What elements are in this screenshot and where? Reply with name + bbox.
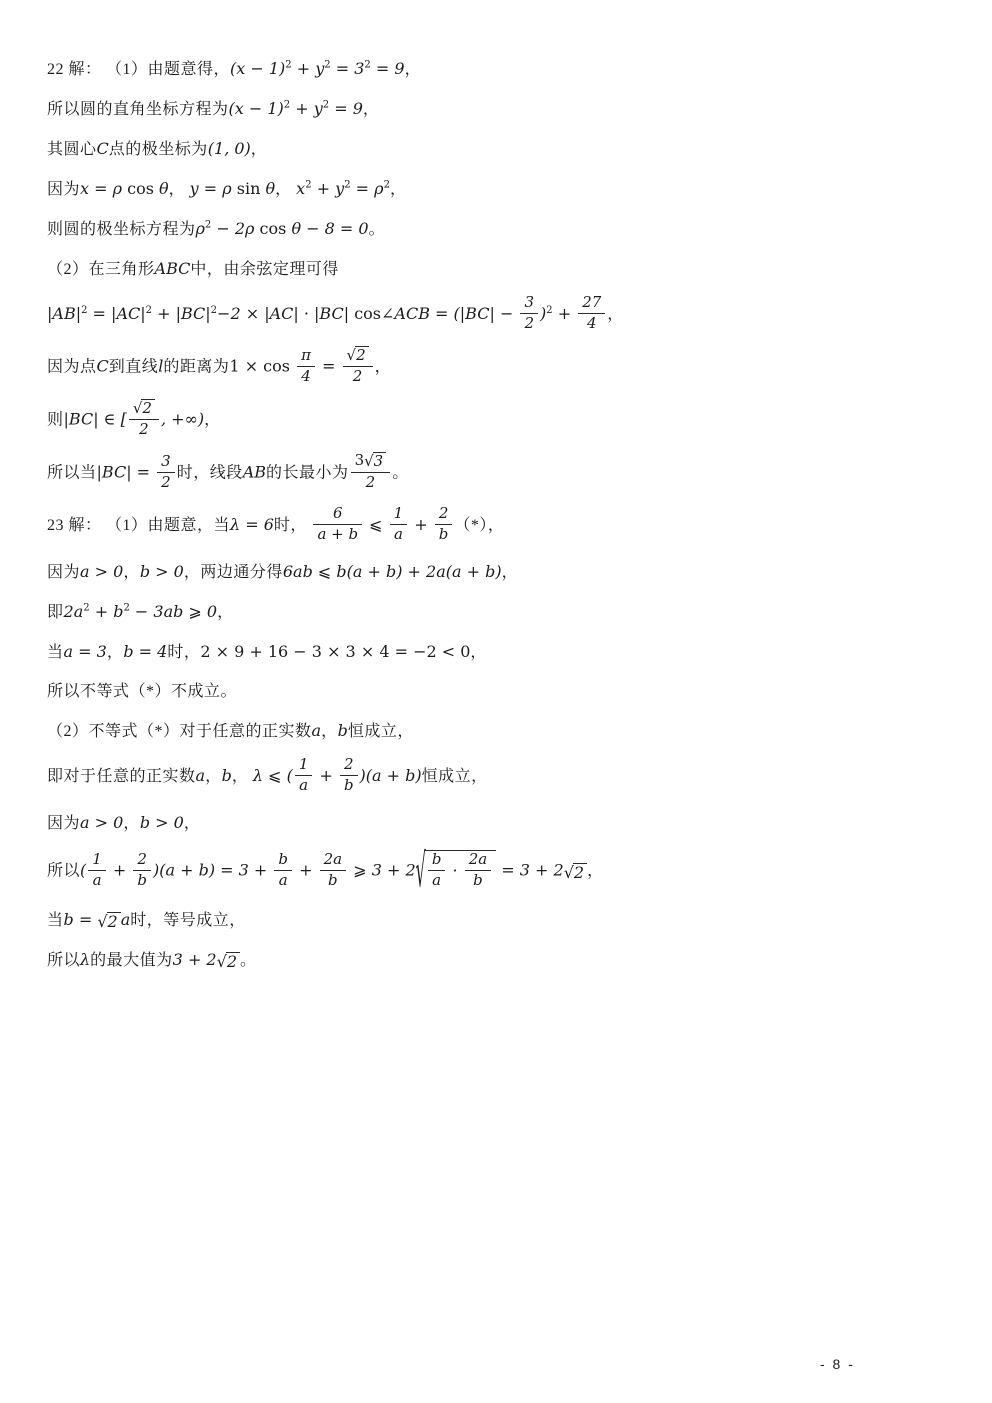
text-run: 恒成立， — [422, 768, 488, 785]
math-run: a > 0 — [80, 813, 123, 832]
fraction: √22 — [129, 399, 159, 439]
square-root: √2 — [217, 952, 240, 971]
math-run: 4 — [587, 314, 597, 332]
math-run: 2 — [137, 850, 147, 868]
fraction-denominator: 4 — [297, 367, 315, 386]
fraction-numerator: 1 — [390, 505, 408, 525]
math-run: b — [344, 776, 354, 794]
text-run: 22 解： （1）由题意得， — [47, 61, 230, 78]
math-run: 2 — [524, 314, 534, 332]
math-run: )(a + b) = 3 + — [153, 861, 272, 880]
math-run: b > 0 — [140, 562, 184, 581]
fraction-numerator: 27 — [578, 294, 605, 314]
math-run: C — [97, 139, 109, 158]
document-line-line-22-bc-range: 则|BC| ∈ [√22, +∞)， — [47, 401, 940, 441]
radicand: ba · 2ab — [425, 850, 496, 894]
math-run: + y — [290, 99, 323, 118]
document-body: 22 解： （1）由题意得，(x − 1)2 + y2 = 32 = 9，所以圆… — [47, 56, 940, 987]
text-run: ， — [405, 61, 422, 78]
math-run: 3 — [524, 293, 534, 311]
fraction-numerator: π — [297, 347, 315, 367]
math-roman-run: 2 × 9 + 16 − 3 × 3 × 4 = −2 < 0 — [200, 642, 470, 661]
math-run: = 9 — [371, 59, 405, 78]
document-line-line-23-simplified: 即2a2 + b2 − 3ab ⩾ 0， — [47, 599, 940, 626]
fraction: 2ab — [320, 851, 347, 890]
math-run: + — [314, 766, 338, 785]
document-line-line-22-substitutions: 因为x = ρ cos θ， y = ρ sin θ， x2 + y2 = ρ2… — [47, 176, 940, 203]
fraction-numerator: 2 — [340, 756, 358, 776]
fraction-denominator: 2 — [351, 473, 391, 492]
math-run: − 3ab ⩾ 0 — [130, 602, 217, 621]
text-run: ， — [169, 181, 190, 198]
document-line-line-23-final: 所以λ的最大值为3 + 2√2。 — [47, 947, 940, 974]
math-run: b — [137, 871, 147, 889]
document-line-line-22-sol-1: 22 解： （1）由题意得，(x − 1)2 + y2 = 32 = 9， — [47, 56, 940, 83]
text-run: 时， — [167, 644, 200, 661]
math-run: a — [299, 776, 308, 794]
document-line-line-23-positivity: 因为a > 0，b > 0， — [47, 810, 940, 837]
math-run: b — [278, 850, 288, 868]
fraction-denominator: a — [88, 871, 106, 890]
math-run: 2 — [227, 952, 237, 971]
math-run: 2a — [469, 850, 488, 868]
fraction: 32 — [520, 294, 538, 333]
fraction: 1a — [295, 756, 313, 795]
text-run: 时，等号成立， — [130, 912, 246, 929]
math-run: a = 3 — [64, 642, 107, 661]
math-roman-run: cos — [254, 219, 291, 238]
math-run: |BC| = — [97, 463, 156, 482]
fraction-denominator: a — [295, 776, 313, 795]
fraction-numerator: 2 — [133, 851, 151, 871]
math-run: ( — [80, 861, 86, 880]
math-run: · — [447, 861, 462, 880]
text-run: 当 — [47, 644, 64, 661]
fraction: 2b — [435, 505, 453, 544]
math-run: |AB| — [47, 304, 81, 323]
text-run: ，两边通分得 — [184, 564, 283, 581]
text-run: ， — [390, 181, 407, 198]
math-run: , +∞) — [161, 410, 204, 429]
fraction-numerator: 3 — [157, 453, 175, 473]
text-run: ， — [204, 412, 221, 429]
math-run: 4 — [301, 367, 311, 385]
document-line-line-23-part2-intro: （2）不等式（*）对于任意的正实数a，b恒成立， — [47, 718, 940, 745]
math-run: 2a — [64, 602, 84, 621]
fraction: 6a + b — [313, 505, 362, 544]
document-line-line-22-distance: 因为点C到直线l的距离为1 × cos π4 = √22， — [47, 348, 940, 388]
text-run: 时， — [274, 517, 312, 534]
math-run: ⩽ — [364, 515, 388, 534]
math-run: 3 — [374, 452, 384, 470]
fraction-numerator: 2 — [435, 505, 453, 525]
fraction: π4 — [297, 347, 315, 386]
document-line-line-23-clear-denominators: 因为a > 0，b > 0，两边通分得6ab ⩽ b(a + b) + 2a(a… — [47, 559, 940, 586]
math-run: π — [301, 346, 311, 364]
math-run: + b — [90, 602, 124, 621]
text-run: 。 — [369, 221, 386, 238]
fraction-numerator: √2 — [343, 346, 373, 367]
math-run: 2 — [142, 399, 152, 417]
math-roman-run: 1 × cos — [229, 357, 295, 376]
text-run: 则 — [47, 412, 64, 429]
radicand: 2 — [355, 346, 369, 365]
document-line-line-22-polar-center: 其圆心C点的极坐标为(1, 0)， — [47, 136, 940, 163]
radical-icon: √ — [416, 843, 426, 898]
math-run: ⩾ 3 + 2 — [348, 861, 416, 880]
document-line-line-23-sol-1: 23 解： （1）由题意，当λ = 6时， 6a + b ⩽ 1a + 2b（*… — [47, 507, 940, 546]
fraction-numerator: 1 — [295, 756, 313, 776]
math-run: 2a — [324, 850, 343, 868]
fraction: 2b — [133, 851, 151, 890]
square-root: √2 — [133, 399, 155, 418]
math-run: 2 — [574, 863, 584, 882]
math-run: ρ — [196, 219, 205, 238]
fraction: 274 — [578, 294, 605, 333]
text-run: 因为 — [47, 815, 80, 832]
square-root: √2 — [347, 346, 369, 365]
fraction-denominator: a — [274, 871, 292, 890]
fraction-denominator: 4 — [578, 314, 605, 333]
math-run: 2 — [108, 912, 118, 931]
square-root: √ba · 2ab — [416, 850, 497, 894]
text-run: 的最大值为 — [90, 952, 173, 969]
text-run: ， — [107, 644, 124, 661]
math-run: a > 0 — [80, 562, 123, 581]
math-run: 1 — [299, 755, 309, 773]
text-run: ， — [607, 306, 624, 323]
math-run: λ ⩽ ( — [253, 766, 293, 785]
math-run: 2 — [139, 420, 149, 438]
math-run: b — [432, 850, 442, 868]
document-line-line-22-polar-eq: 则圆的极坐标方程为ρ2 − 2ρ cos θ − 8 = 0。 — [47, 216, 940, 243]
math-run: b — [328, 871, 338, 889]
text-run: 。 — [392, 465, 409, 482]
math-run: 1 — [394, 504, 404, 522]
math-roman-run: 3 — [355, 451, 365, 469]
fraction-denominator: b — [320, 871, 347, 890]
fraction: ba — [428, 851, 446, 890]
text-run: 即对于任意的正实数 — [47, 768, 196, 785]
math-run: (1, 0) — [208, 139, 251, 158]
document-page: 22 解： （1）由题意得，(x − 1)2 + y2 = 32 = 9，所以圆… — [0, 0, 992, 1403]
math-run: θ − 8 = 0 — [291, 219, 368, 238]
math-run: a + b — [317, 525, 358, 543]
math-run: a — [312, 721, 322, 740]
math-run: 3 + 2 — [173, 950, 217, 969]
text-run: ， — [251, 141, 268, 158]
text-run: 所以圆的直角坐标方程为 — [47, 101, 229, 118]
math-run: 6 — [333, 504, 343, 522]
math-run: = |AC| — [87, 304, 145, 323]
text-run: 所以 — [47, 952, 80, 969]
math-run: (x − 1) — [230, 59, 285, 78]
math-roman-run: sin — [232, 179, 266, 198]
fraction-denominator: 2 — [129, 420, 159, 439]
math-run: + — [409, 515, 433, 534]
fraction-numerator: 2a — [320, 851, 347, 871]
fraction-denominator: a + b — [313, 525, 362, 544]
fraction-denominator: 2 — [343, 367, 373, 386]
text-run: ， — [363, 101, 380, 118]
math-run: 6ab ⩽ b(a + b) + 2a(a + b) — [283, 562, 502, 581]
math-run: y = ρ — [190, 179, 232, 198]
math-run: = 3 — [331, 59, 365, 78]
text-run: 到直线 — [109, 359, 159, 376]
math-run: b > 0 — [140, 813, 184, 832]
fraction-numerator: 2a — [465, 851, 492, 871]
math-run: 2 — [356, 346, 366, 364]
text-run: ， — [205, 768, 222, 785]
square-root: √3 — [364, 452, 386, 471]
math-run: + — [553, 304, 577, 323]
math-run: b — [439, 525, 449, 543]
text-run: ， — [123, 564, 140, 581]
text-run: 时，线段 — [177, 465, 243, 482]
math-run: a — [432, 871, 441, 889]
square-root: √2 — [97, 912, 120, 931]
radicand: 2 — [141, 399, 155, 418]
text-run: ， — [217, 604, 234, 621]
text-run: 所以不等式（*）不成立。 — [47, 683, 237, 700]
fraction-denominator: 2 — [520, 314, 538, 333]
fraction-numerator: b — [428, 851, 446, 871]
text-run: ， — [321, 723, 338, 740]
text-run: ， — [184, 815, 201, 832]
math-run: a — [121, 910, 131, 929]
fraction: 3√32 — [351, 452, 391, 492]
fraction: 1a — [88, 851, 106, 890]
document-line-line-23-amgm: 所以(1a + 2b)(a + b) = 3 + ba + 2ab ⩾ 3 + … — [47, 850, 940, 894]
text-run: 的距离为 — [163, 359, 229, 376]
text-run: 因为 — [47, 181, 80, 198]
document-line-line-22-rect-eq: 所以圆的直角坐标方程为(x − 1)2 + y2 = 9， — [47, 96, 940, 123]
text-run: ， — [275, 181, 296, 198]
text-run: （*）， — [454, 517, 504, 534]
math-run: = ρ — [351, 179, 384, 198]
math-run: a — [196, 766, 206, 785]
text-run: 其圆心 — [47, 141, 97, 158]
math-run: = 9 — [329, 99, 363, 118]
math-run: )(a + b) — [360, 766, 422, 785]
text-run: ， — [470, 644, 487, 661]
fraction-denominator: 2 — [157, 473, 175, 492]
math-run: b — [338, 721, 348, 740]
fraction-denominator: b — [340, 776, 358, 795]
math-run: a — [279, 871, 288, 889]
text-run: 。 — [240, 952, 257, 969]
document-line-line-23-lambda-condition: 即对于任意的正实数a，b， λ ⩽ (1a + 2b)(a + b)恒成立， — [47, 758, 940, 797]
text-run: 23 解： （1）由题意，当 — [47, 517, 230, 534]
fraction: 32 — [157, 453, 175, 492]
page-number: - 8 - — [820, 1356, 855, 1372]
math-run: + — [108, 861, 132, 880]
fraction-denominator: a — [390, 525, 408, 544]
math-run: − 2ρ — [211, 219, 254, 238]
math-run: 27 — [582, 293, 601, 311]
fraction-numerator: 1 — [88, 851, 106, 871]
math-run: −2 × |AC| · |BC| — [217, 304, 349, 323]
fraction-denominator: b — [465, 871, 492, 890]
fraction-numerator: 3 — [520, 294, 538, 314]
text-run: 的长最小为 — [266, 465, 349, 482]
document-line-line-23-counterexample: 当a = 3，b = 4时，2 × 9 + 16 − 3 × 3 × 4 = −… — [47, 639, 940, 666]
math-run: 2 — [366, 473, 376, 491]
fraction-denominator: b — [133, 871, 151, 890]
math-run: b — [473, 871, 483, 889]
square-root: √2 — [564, 863, 587, 882]
math-run: 1 — [92, 850, 102, 868]
text-run: 因为点 — [47, 359, 97, 376]
math-run: 2 — [161, 473, 171, 491]
text-run: （2）在三角形 — [47, 261, 155, 278]
math-roman-run: cos — [349, 304, 381, 323]
math-run: θ — [266, 179, 276, 198]
math-run: a — [93, 871, 102, 889]
math-run: b = 4 — [123, 642, 167, 661]
text-run: 点的极坐标为 — [109, 141, 208, 158]
document-line-line-22-cosine-rule: |AB|2 = |AC|2 + |BC|2−2 × |AC| · |BC| co… — [47, 296, 940, 335]
fraction: 2b — [340, 756, 358, 795]
math-run: + y — [312, 179, 345, 198]
fraction-denominator: b — [435, 525, 453, 544]
text-run: （2）不等式（*）对于任意的正实数 — [47, 723, 312, 740]
text-run: 恒成立， — [348, 723, 414, 740]
radicand: 2 — [107, 912, 121, 931]
fraction: ba — [274, 851, 292, 890]
radicand: 2 — [226, 952, 240, 971]
math-roman-run: cos — [122, 179, 159, 198]
math-run: ABC — [155, 259, 191, 278]
text-run: ， — [232, 768, 253, 785]
text-run: ， — [502, 564, 519, 581]
math-run: b — [222, 766, 232, 785]
text-run: 则圆的极坐标方程为 — [47, 221, 196, 238]
math-run: λ — [80, 950, 90, 969]
math-run: AB — [243, 463, 266, 482]
text-run: 所以 — [47, 863, 80, 880]
math-run: C — [97, 357, 109, 376]
document-line-line-23-part1-conclusion: 所以不等式（*）不成立。 — [47, 679, 940, 705]
math-run: = 3 + 2 — [496, 861, 564, 880]
math-run: x = ρ — [80, 179, 122, 198]
math-run: ∠ACB = (|BC| − — [381, 304, 518, 323]
text-run: 中，由余弦定理可得 — [190, 261, 339, 278]
fraction: 2ab — [465, 851, 492, 890]
fraction: 1a — [390, 505, 408, 544]
fraction: √22 — [343, 346, 373, 386]
fraction-numerator: √2 — [129, 399, 159, 420]
math-run: = — [317, 357, 341, 376]
math-run: 2 — [344, 755, 354, 773]
radicand: 2 — [573, 863, 587, 882]
fraction-denominator: a — [428, 871, 446, 890]
math-run: 3 — [161, 452, 171, 470]
fraction-numerator: b — [274, 851, 292, 871]
fraction-numerator: 6 — [313, 505, 362, 525]
math-run: + — [294, 861, 318, 880]
math-run: θ — [159, 179, 169, 198]
math-run: |BC| ∈ [ — [64, 410, 127, 429]
fraction-numerator: 3√3 — [351, 452, 391, 473]
text-run: 即 — [47, 604, 64, 621]
document-line-line-22-conclusion: 所以当|BC| = 32时，线段AB的长最小为3√32。 — [47, 454, 940, 494]
text-run: 当 — [47, 912, 64, 929]
math-run: 2 — [353, 367, 363, 385]
text-run: ， — [123, 815, 140, 832]
math-run: (x − 1) — [229, 99, 284, 118]
document-line-line-22-part2-intro: （2）在三角形ABC中，由余弦定理可得 — [47, 256, 940, 283]
radicand: 3 — [373, 452, 387, 471]
text-run: ， — [587, 863, 604, 880]
text-run: 因为 — [47, 564, 80, 581]
math-run: x — [296, 179, 305, 198]
text-run: 所以当 — [47, 465, 97, 482]
text-run: ， — [375, 359, 392, 376]
math-run: 2 — [439, 504, 449, 522]
math-run: + y — [292, 59, 325, 78]
math-run: λ = 6 — [230, 515, 274, 534]
math-run: b = — [64, 910, 98, 929]
document-line-line-23-equality-case: 当b = √2a时，等号成立， — [47, 907, 940, 934]
math-run: + |BC| — [152, 304, 211, 323]
math-run: a — [394, 525, 403, 543]
